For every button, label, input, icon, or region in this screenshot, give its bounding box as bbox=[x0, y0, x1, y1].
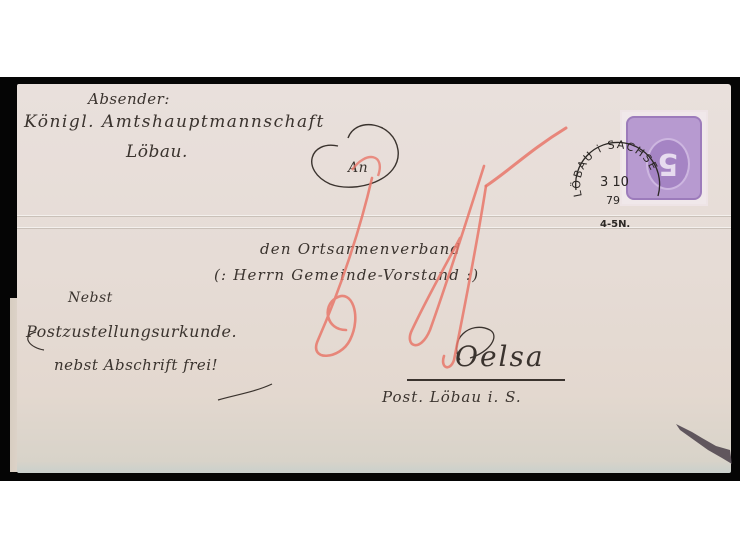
address-salutation: An bbox=[348, 160, 368, 176]
sender-office: Königl. Amtshauptmannschaft bbox=[24, 112, 325, 132]
address-recipient-line2: (: Herrn Gemeinde-Vorstand :) bbox=[214, 266, 479, 284]
postmark-time: 4-5N. bbox=[600, 219, 630, 230]
postmark-year: 79 bbox=[606, 194, 620, 207]
note-line2: Postzustellungsurkunde. bbox=[26, 322, 237, 341]
address-destination: Oelsa bbox=[455, 340, 545, 373]
sender-label: Absender: bbox=[88, 90, 170, 108]
address-post-office: Post. Löbau i. S. bbox=[382, 388, 522, 406]
postmark-date: 3 10 bbox=[600, 175, 629, 190]
ink-smudge bbox=[672, 420, 734, 468]
note-line3: nebst Abschrift frei! bbox=[54, 356, 218, 374]
address-recipient-line1: den Ortsarmenverband bbox=[260, 240, 461, 258]
sender-town: Löbau. bbox=[126, 142, 188, 162]
destination-underline bbox=[407, 379, 565, 381]
postmark-cancel: LÖBAU i SACHSEN 3 10 79 4-5N. bbox=[568, 134, 666, 232]
note-line1: Nebst bbox=[68, 290, 113, 306]
